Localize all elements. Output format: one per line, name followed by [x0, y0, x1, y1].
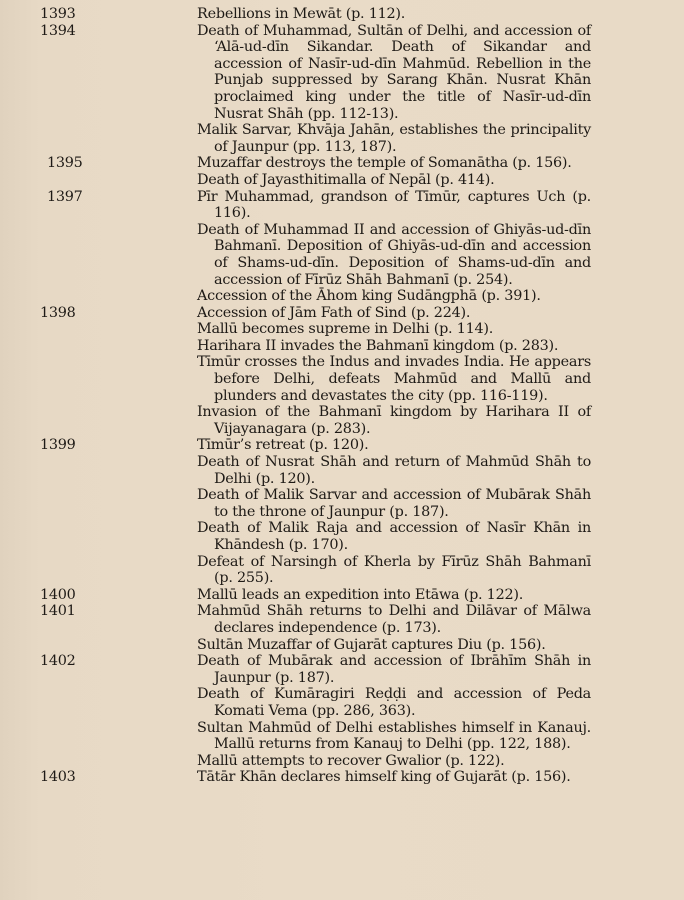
event-text: Mallū becomes supreme in Delhi (p. 114). [197, 321, 591, 338]
event-text: Mallū attempts to recover Gwalior (p. 12… [197, 753, 591, 770]
event-text: Death of Malik Sarvar and accession of M… [197, 487, 591, 520]
year-entry-1403: 1403 Tātār Khān declares himself king of… [0, 769, 684, 786]
event-text: Muzaffar destroys the temple of Somanāth… [197, 155, 591, 172]
event-text: Tātār Khān declares himself king of Guja… [197, 769, 591, 786]
event-text: Mallū leads an expedition into Etāwa (p.… [197, 587, 591, 604]
event-text: Tīmūr crosses the Indus and invades Indi… [197, 354, 591, 404]
year-label: 1395 [47, 155, 97, 172]
year-entry-1395: 1395 Muzaffar destroys the temple of Som… [0, 155, 684, 188]
year-entry-1397: 1397 Pīr Muhammad, grandson of Tīmūr, ca… [0, 189, 684, 305]
year-label: 1397 [47, 189, 97, 206]
event-text: Harihara II invades the Bahmanī kingdom … [197, 338, 591, 355]
book-page: 1393 Rebellions in Mewāt (p. 112). 1394 … [0, 0, 684, 900]
event-text: Pīr Muhammad, grandson of Tīmūr, capture… [197, 189, 591, 222]
event-text: Death of Kumāragiri Reḍḍi and accession … [197, 686, 591, 719]
year-label: 1403 [40, 769, 90, 786]
year-label: 1402 [40, 653, 90, 670]
year-entry-1400: 1400 Mallū leads an expedition into Etāw… [0, 587, 684, 604]
event-text: Malik Sarvar, Khvāja Jahān, establishes … [197, 122, 591, 155]
year-label: 1399 [40, 437, 90, 454]
event-text: Sultan Mahmūd of Delhi establishes himse… [197, 720, 591, 753]
event-text: Tīmūr’s retreat (p. 120). [197, 437, 591, 454]
year-entry-1401: 1401 Mahmūd Shāh returns to Delhi and Di… [0, 603, 684, 653]
event-text: Sultān Muzaffar of Gujarāt captures Diu … [197, 637, 591, 654]
event-text: Death of Nusrat Shāh and return of Mahmū… [197, 454, 591, 487]
event-text: Death of Mubārak and accession of Ibrāhī… [197, 653, 591, 686]
event-text: Invasion of the Bahmanī kingdom by Harih… [197, 404, 591, 437]
year-entry-1393: 1393 Rebellions in Mewāt (p. 112). [0, 6, 684, 23]
year-label: 1394 [40, 23, 90, 40]
year-label: 1398 [40, 305, 90, 322]
year-label: 1400 [40, 587, 90, 604]
event-text: Mahmūd Shāh returns to Delhi and Dilāvar… [197, 603, 591, 636]
event-text: Accession of the Āhom king Sudāngphā (p.… [197, 288, 591, 305]
event-text: Defeat of Narsingh of Kherla by Fīrūz Sh… [197, 554, 591, 587]
year-entry-1402: 1402 Death of Mubārak and accession of I… [0, 653, 684, 769]
year-label: 1393 [40, 6, 90, 23]
event-text: Death of Jayasthitimalla of Nepāl (p. 41… [197, 172, 591, 189]
chronology-table: 1393 Rebellions in Mewāt (p. 112). 1394 … [0, 6, 684, 786]
event-text: Rebellions in Mewāt (p. 112). [197, 6, 591, 23]
event-text: Death of Muhammad, Sultān of Delhi, and … [197, 23, 591, 123]
event-text: Death of Muhammad II and accession of Gh… [197, 222, 591, 288]
year-entry-1394: 1394 Death of Muhammad, Sultān of Delhi,… [0, 23, 684, 156]
event-text: Death of Malik Raja and accession of Nas… [197, 520, 591, 553]
event-text: Accession of Jām Fath of Sind (p. 224). [197, 305, 591, 322]
year-entry-1398: 1398 Accession of Jām Fath of Sind (p. 2… [0, 305, 684, 438]
year-label: 1401 [40, 603, 90, 620]
year-entry-1399: 1399 Tīmūr’s retreat (p. 120). Death of … [0, 437, 684, 586]
